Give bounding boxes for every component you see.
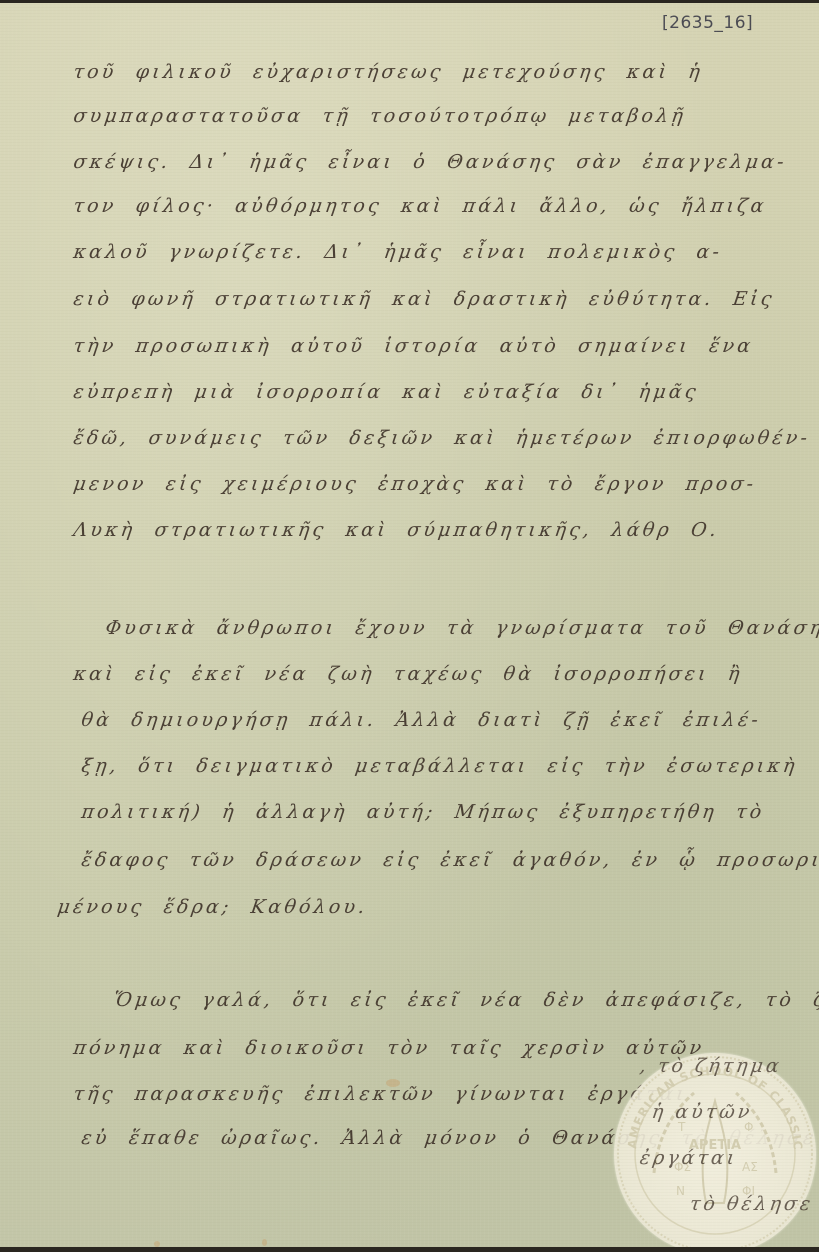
handwritten-line: ειὸ φωνῆ στρατιωτικῆ καὶ δραστικὴ εὐθύτη… [72, 288, 776, 310]
handwritten-line: τοῦ φιλικοῦ εὐχαριστήσεως μετεχούσης καὶ… [72, 61, 705, 83]
handwritten-line: Φυσικὰ ἄνθρωποι ἔχουν τὰ γνωρίσματα τοῦ … [104, 617, 819, 639]
paper-stain [154, 1241, 160, 1247]
paper-stain [386, 1079, 400, 1087]
handwritten-line: τῆς παρασκευῆς ἐπιλεκτῶν γίνωνται ἐργάτα… [72, 1083, 688, 1105]
paper-stain [262, 1239, 267, 1246]
handwritten-line: θὰ δημιουργήσῃ πάλι. Ἀλλὰ διατὶ ζῇ ἐκεῖ … [80, 709, 763, 731]
handwritten-line: καὶ εἰς ἐκεῖ νέα ζωὴ ταχέως θὰ ἰσορροπήσ… [72, 663, 744, 685]
handwritten-line: ἔδῶ, συνάμεις τῶν δεξιῶν καὶ ἡμετέρων ἐπ… [72, 427, 812, 449]
handwritten-line: τον φίλος· αὐθόρμητος καὶ πάλι ἄλλο, ὡς … [72, 195, 768, 217]
handwriting-over-seal: ἡ αὐτῶν [650, 1101, 753, 1123]
handwritten-line: πόνημα καὶ διοικοῦσι τὸν ταῖς χερσὶν αὐτ… [72, 1037, 706, 1059]
svg-text:ΑΣ: ΑΣ [742, 1160, 758, 1174]
handwriting-over-seal: ἐργάται [638, 1147, 738, 1169]
handwritten-line: Ὅμως γαλά, ὅτι εἰς ἐκεῖ νέα δὲν ἀπεφάσιζ… [112, 989, 819, 1011]
handwritten-line: Λυκὴ στρατιωτικῆς καὶ σύμπαθητικῆς, λάθρ… [72, 519, 721, 541]
archive-reference: [2635_16] [662, 13, 753, 33]
handwritten-line: σκέψις. Δι᾿ ἡμᾶς εἶναι ὁ Θανάσης σὰν ἐπα… [72, 151, 788, 173]
handwritten-line: τὴν προσωπικὴ αὐτοῦ ἱστορία αὐτὸ σημαίνε… [72, 335, 755, 357]
manuscript-page: [2635_16] τοῦ φιλικοῦ εὐχαριστήσεως μετε… [0, 3, 819, 1247]
handwritten-line: πολιτική) ἡ ἀλλαγὴ αὐτή; Μήπως ἐξυπηρετή… [80, 801, 766, 823]
handwritten-line: μένους ἕδρα; Καθόλου. [56, 896, 369, 918]
handwritten-line: μενον εἰς χειμέριους ἐποχὰς καὶ τὸ ἔργον… [72, 473, 758, 495]
handwritten-line: συμπαραστατοῦσα τῇ τοσούτοτρόπῳ μεταβολῇ [72, 105, 688, 127]
handwritten-line: εὐπρεπὴ μιὰ ἰσορροπία καὶ εὐταξία δι᾿ ἡμ… [72, 381, 700, 403]
svg-text:Ν: Ν [676, 1184, 685, 1198]
handwritten-line: ξῃ, ὅτι δειγματικὸ μεταβάλλεται εἰς τὴν … [80, 755, 799, 777]
handwritten-line: καλοῦ γνωρίζετε. Δι᾿ ἡμᾶς εἶναι πολεμικὸ… [72, 241, 724, 263]
handwriting-over-seal: , τὸ ζήτημα [638, 1055, 783, 1077]
handwriting-over-seal: τὸ θέλησε [688, 1193, 814, 1215]
handwritten-line: ἔδαφος τῶν δράσεων εἰς ἐκεῖ ἀγαθόν, ἐν ᾧ… [80, 849, 819, 871]
